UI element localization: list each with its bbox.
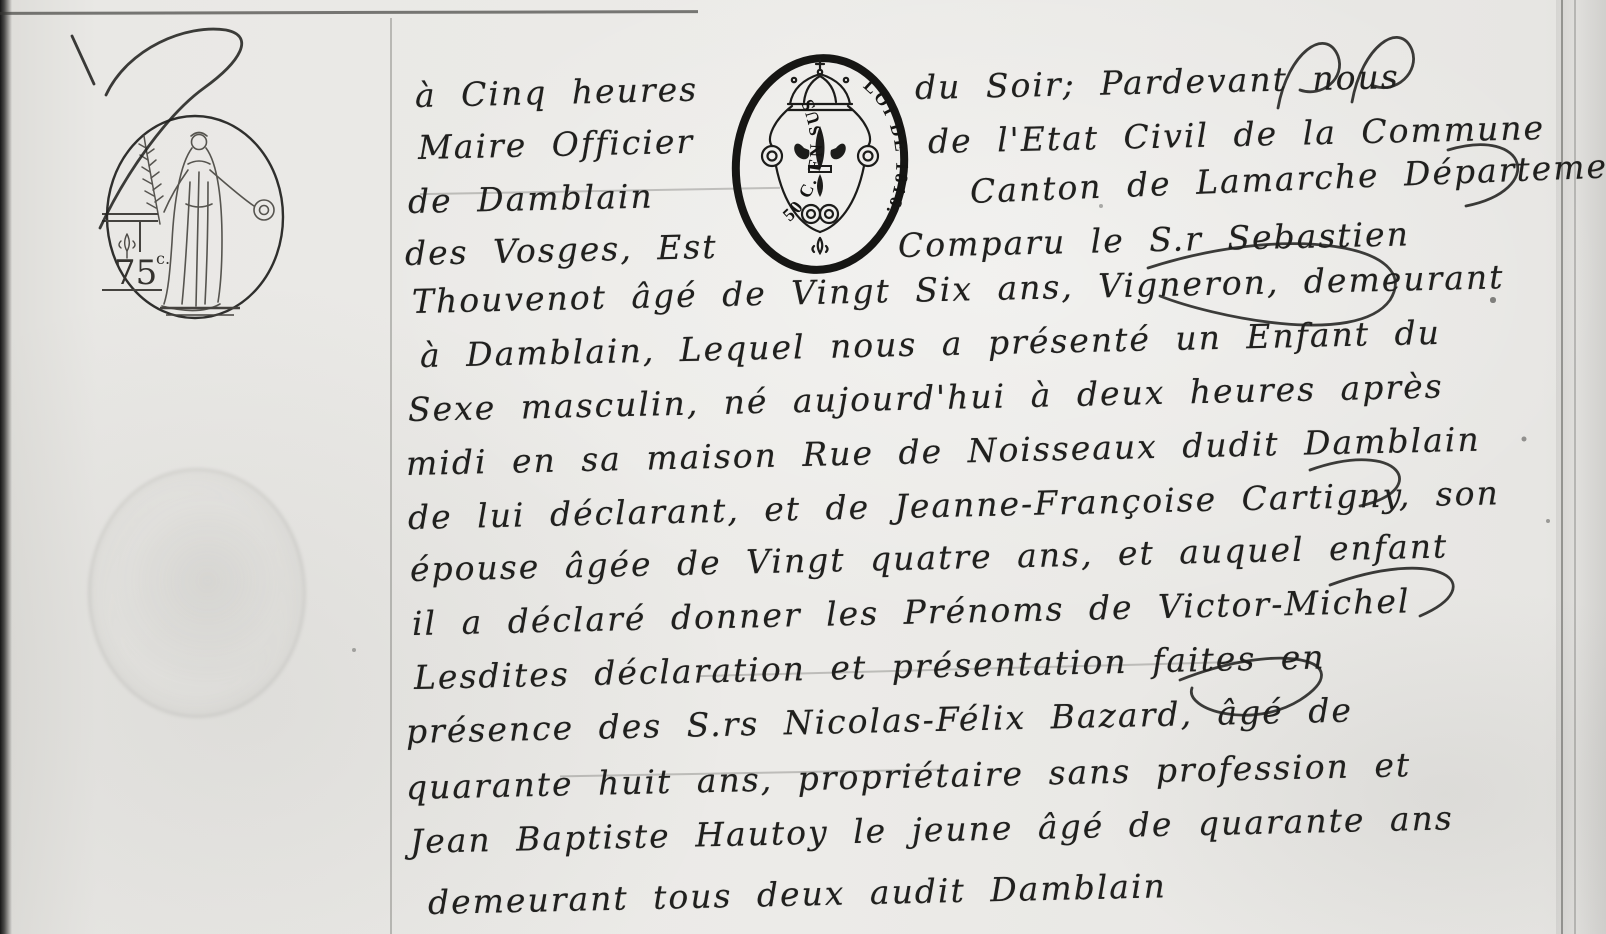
manuscript-line-7: Sexe masculin, né aujourd'hui à deux heu… (408, 367, 1444, 429)
manuscript-line-3-left: de Damblain (408, 176, 655, 221)
right-page-edge (1561, 0, 1563, 934)
page-top-edge (0, 10, 698, 14)
manuscript-line-9: de lui déclarant, et de Jeanne-Françoise… (408, 473, 1501, 537)
manuscript-line-15: Jean Baptiste Hautoy le jeune âgé de qua… (410, 798, 1455, 861)
tax-stamp-75c: 75 c. (100, 112, 290, 327)
standing-allegorical-figure-icon (162, 133, 254, 311)
ink-stamp-loi-1816: 50 C. EN SUS LOI DE 1816. (728, 50, 913, 278)
manuscript-line-8: midi en sa maison Rue de Noisseaux dudit… (406, 420, 1481, 483)
page-binding-edge (0, 0, 12, 934)
manuscript-line-10: épouse âgée de Vingt quatre ans, et auqu… (410, 526, 1449, 589)
scanned-document-page: 75 c. (0, 0, 1606, 934)
manuscript-line-1-right: du Soir; Pardevant nous (915, 57, 1401, 107)
manuscript-line-14: quarante huit ans, propriétaire sans pro… (406, 745, 1412, 807)
manuscript-line-13: présence des S.rs Nicolas-Félix Bazard, … (406, 691, 1354, 751)
manuscript-line-2-left: Maire Officier (418, 122, 695, 167)
olive-branch-icon (139, 136, 163, 224)
vertical-fold-line (390, 18, 392, 934)
manuscript-line-11: il a déclaré donner les Prénoms de Victo… (412, 581, 1411, 643)
wreath-icon (254, 200, 274, 220)
manuscript-line-4-left: des Vosges, Est (405, 227, 718, 273)
tax-stamp-denomination-unit: c. (156, 249, 170, 268)
ink-specks (0, 0, 2, 2)
bleedthrough-ghost-stamp (88, 468, 306, 718)
manuscript-line-12: Lesdites déclaration et présentation fai… (414, 637, 1326, 697)
margin-mark-stroke (72, 36, 94, 84)
tax-stamp-denomination: 75 (114, 253, 157, 293)
right-page-edge-2 (1574, 0, 1576, 934)
ink-stamp-text-left: 50 C. EN SUS (779, 94, 827, 225)
manuscript-line-4-right: Comparu le S.r Sebastien (898, 214, 1411, 265)
manuscript-line-1-left: à Cinq heures (415, 70, 699, 115)
ink-stamp-text-right: LOI DE 1816. (860, 75, 913, 220)
right-page-shade (1556, 0, 1606, 934)
manuscript-line-6: à Damblain, Lequel nous a présenté un En… (420, 313, 1442, 375)
manuscript-line-16-partial: demeurant tous deux audit Damblain (428, 869, 1168, 919)
